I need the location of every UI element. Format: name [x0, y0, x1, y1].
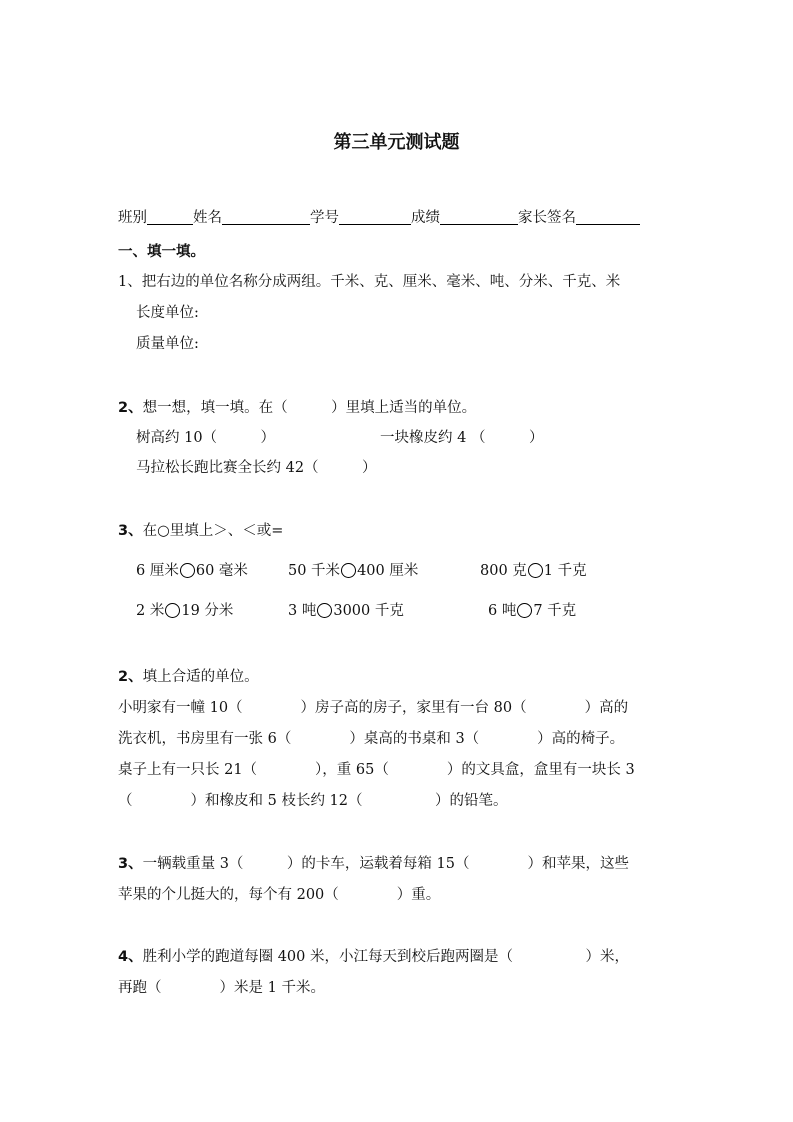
circle-answer[interactable]	[517, 603, 532, 618]
comparison-item: 6 吨7 千克	[488, 599, 576, 620]
question-text: 在○里填上＞、＜或=	[143, 523, 284, 539]
field-name-blank[interactable]	[222, 208, 310, 225]
field-id-blank[interactable]	[339, 208, 411, 225]
field-name-label: 姓名	[193, 210, 222, 226]
question-5: 3、一辆载重量 3（ ）的卡车，运载着每箱 15（ ）和苹果，这些	[118, 852, 629, 873]
question-number: 2、	[118, 400, 143, 416]
field-parent-signature-label: 家长签名	[518, 210, 576, 226]
question-text: 填上合适的单位。	[143, 669, 259, 685]
comparison-item: 50 千米400 厘米	[288, 559, 418, 580]
comparison-item: 6 厘米60 毫米	[136, 559, 248, 580]
question-1: 1、把右边的单位名称分成两组。千米、克、厘米、毫米、吨、分米、千克、米	[118, 270, 620, 291]
question-text: 想一想，填一填。在（ ）里填上适当的单位。	[143, 400, 477, 416]
paragraph-line: 再跑（ ）米是 1 千米。	[118, 976, 325, 997]
question-number: 3、	[118, 523, 143, 539]
question-4: 2、填上合适的单位。	[118, 665, 259, 686]
question-number: 2、	[118, 669, 143, 685]
paragraph-line: （ ）和橡皮和 5 枝长约 12（ ）的铅笔。	[118, 789, 508, 810]
field-class-blank[interactable]	[147, 208, 193, 225]
comparison-item: 3 吨3000 千克	[288, 599, 404, 620]
question-3: 3、在○里填上＞、＜或=	[118, 519, 283, 540]
field-class-label: 班别	[118, 210, 147, 226]
field-score-label: 成绩	[411, 210, 440, 226]
circle-answer[interactable]	[341, 563, 356, 578]
paragraph-line: 一辆载重量 3（ ）的卡车，运载着每箱 15（ ）和苹果，这些	[143, 856, 629, 872]
field-score-blank[interactable]	[440, 208, 518, 225]
length-units-label: 长度单位:	[136, 301, 199, 322]
question-2: 2、想一想，填一填。在（ ）里填上适当的单位。	[118, 396, 476, 417]
page-title: 第三单元测试题	[0, 128, 793, 154]
header-fields: 班别姓名学号成绩家长签名	[118, 206, 640, 227]
question-number: 4、	[118, 949, 143, 965]
paragraph-line: 苹果的个儿挺大的，每个有 200（ ）重。	[118, 883, 440, 904]
paragraph-line: 胜利小学的跑道每圈 400 米，小江每天到校后跑两圈是（ ）米，	[143, 949, 629, 965]
section-heading: 一、填一填。	[118, 240, 205, 261]
comparison-item: 2 米19 分米	[136, 599, 233, 620]
circle-answer[interactable]	[180, 563, 195, 578]
paragraph-line: 小明家有一幢 10（ ）房子高的房子，家里有一台 80（ ）高的	[118, 696, 628, 717]
field-id-label: 学号	[310, 210, 339, 226]
field-parent-signature-blank[interactable]	[576, 208, 640, 225]
circle-answer[interactable]	[165, 603, 180, 618]
q2-item-marathon: 马拉松长跑比赛全长约 42（ ）	[136, 456, 377, 477]
paragraph-line: 桌子上有一只长 21（ ），重 65（ ）的文具盒，盒里有一块长 3	[118, 758, 635, 779]
mass-units-label: 质量单位:	[136, 332, 199, 353]
paragraph-line: 洗衣机，书房里有一张 6（ ）桌高的书桌和 3（ ）高的椅子。	[118, 727, 624, 748]
comparison-item: 800 克1 千克	[480, 559, 587, 580]
question-number: 3、	[118, 856, 143, 872]
circle-answer[interactable]	[317, 603, 332, 618]
question-6: 4、胜利小学的跑道每圈 400 米，小江每天到校后跑两圈是（ ）米，	[118, 945, 629, 966]
question-text: 把右边的单位名称分成两组。千米、克、厘米、毫米、吨、分米、千克、米	[142, 274, 621, 290]
question-number: 1、	[118, 274, 142, 290]
q2-item-tree-height: 树高约 10（ ）	[136, 426, 275, 447]
circle-answer[interactable]	[528, 563, 543, 578]
q2-item-eraser: 一块橡皮约 4 （ ）	[380, 426, 543, 447]
